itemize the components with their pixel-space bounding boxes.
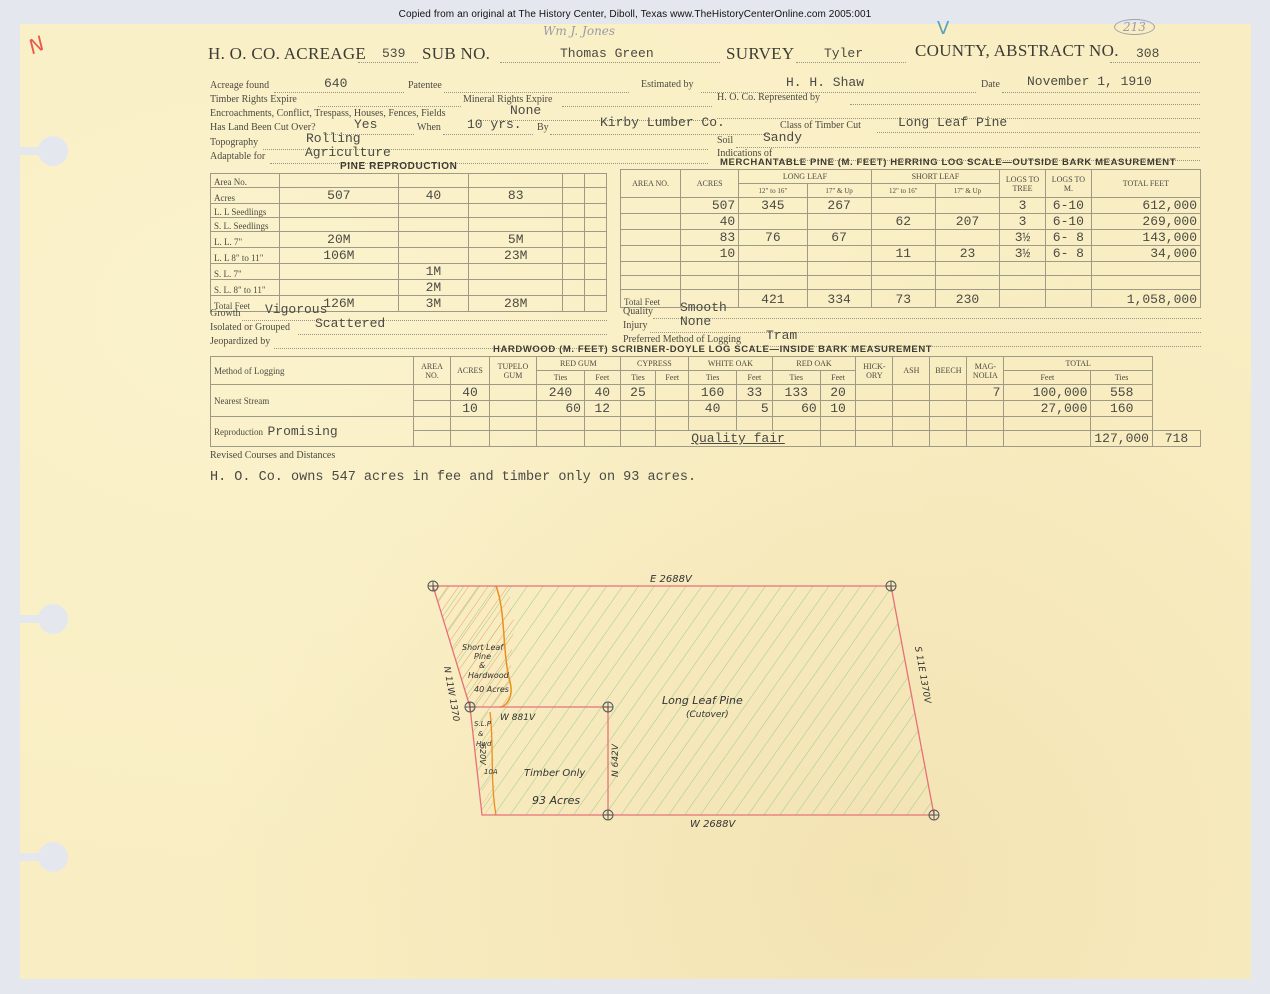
county-abstract-label: COUNTY, ABSTRACT NO. (915, 41, 1119, 61)
pine-reproduction-title: PINE REPRODUCTION (340, 161, 457, 172)
sub-no-value: Thomas Green (560, 46, 654, 61)
encroachments-value: None (510, 103, 541, 118)
svg-text:10A: 10A (484, 768, 498, 776)
estimated-by-value: H. H. Shaw (786, 75, 864, 90)
timber-only-label: Timber Only (524, 768, 586, 779)
when-label: When (417, 122, 441, 133)
topography-label: Topography (210, 137, 258, 148)
merchantable-pine-table: AREA NO. ACRES LONG LEAF SHORT LEAF LOGS… (620, 169, 1201, 308)
survey-plat-map: E 2688V W 2688V W 881V S 11E 1370V N 642… (410, 572, 950, 832)
svg-text:Short Leaf: Short Leaf (462, 643, 504, 652)
acreage-label: H. O. CO. ACREAGE (208, 44, 366, 64)
reproduction-value: Promising (268, 424, 338, 439)
inner-right-course-label: N 642V (611, 743, 621, 777)
svg-text:40 Acres: 40 Acres (474, 685, 509, 694)
svg-text:&: & (478, 730, 484, 738)
right-course-label: S 11E 1370V (912, 646, 932, 705)
abstract-no-value: 308 (1136, 46, 1159, 61)
left-course-label: N 11W 1370 (441, 666, 461, 723)
cutover-label: (Cutover) (686, 710, 729, 720)
long-leaf-pine-label: Long Leaf Pine (662, 694, 743, 707)
table-row: L. L 8" to 11"106M23M (211, 248, 607, 264)
estimated-by-label: Estimated by (641, 79, 694, 90)
cut-over-value: Yes (354, 117, 377, 132)
acreage-value: 539 (382, 46, 405, 61)
table-row: S. L. 8" to 11"2M (211, 280, 607, 296)
bottom-course-label: W 2688V (690, 819, 737, 830)
table-row: Acres5074083 (211, 188, 607, 204)
inner-top-course-label: W 881V (500, 713, 536, 723)
growth-value: Vigorous (265, 302, 327, 317)
patentee-label: Patentee (408, 80, 442, 91)
table-row: L. L. 7"20M5M (211, 232, 607, 248)
date-value: November 1, 1910 (1027, 74, 1152, 89)
topography-value: Rolling (306, 131, 361, 146)
table-row: Reproduction Promising (211, 417, 1201, 431)
hardwood-title: HARDWOOD (M. FEET) SCRIBNER-DOYLE LOG SC… (493, 344, 932, 355)
injury-value: None (680, 314, 711, 329)
represented-by-label: H. O. Co. Represented by (717, 92, 820, 103)
cut-over-label: Has Land Been Cut Over? (210, 122, 316, 133)
quality-note: Quality fair (656, 431, 820, 447)
archive-watermark: Copied from an original at The History C… (0, 9, 1270, 20)
svg-text:Hardwood: Hardwood (468, 671, 510, 680)
survey-label: SURVEY (726, 44, 794, 64)
binder-hole (38, 604, 68, 634)
hardwood-table: Method of Logging AREA NO. ACRES TUPELO … (210, 356, 1201, 447)
cut-by-value: Kirby Lumber Co. (600, 115, 725, 130)
revised-courses-label: Revised Courses and Distances (210, 450, 335, 461)
encroachments-label: Encroachments, Conflict, Trespass, House… (210, 108, 446, 119)
sub-no-label: SUB NO. (422, 44, 490, 64)
acreage-found-value: 640 (324, 76, 347, 91)
logging-method-value: Tram (766, 328, 797, 343)
top-course-label: E 2688V (650, 574, 693, 585)
table-row: 1011233½6- 834,000 (621, 246, 1201, 262)
table-row (621, 276, 1201, 290)
check-tick-icon: V (937, 18, 949, 39)
table-row: Area No. (211, 174, 607, 188)
pencil-signature: Wm J. Jones (543, 24, 615, 38)
jeopardized-label: Jeopardized by (210, 336, 270, 347)
when-value: 10 yrs. (467, 117, 522, 132)
soil-value: Sandy (763, 130, 802, 145)
binder-hole (38, 136, 68, 166)
merchantable-pine-title: MERCHANTABLE PINE (M. FEET) HERRING LOG … (720, 157, 1176, 168)
table-row: S. L. 7"1M (211, 264, 607, 280)
table-row (621, 262, 1201, 276)
adaptable-value: Agriculture (305, 145, 391, 160)
growth-label: Growth (210, 308, 241, 319)
revised-note: H. O. Co. owns 547 acres in fee and timb… (210, 470, 696, 485)
acreage-found-label: Acreage found (210, 80, 269, 91)
class-of-timber-value: Long Leaf Pine (898, 115, 1007, 130)
svg-text:Hwd: Hwd (476, 740, 492, 748)
pine-reproduction-table: Area No. Acres5074083 L. L Seedlings S. … (210, 173, 607, 312)
quality-label: Quality (623, 306, 653, 317)
isolated-label: Isolated or Grouped (210, 322, 290, 333)
svg-text:S.L.P: S.L.P (474, 720, 492, 728)
circled-number: 213 (1114, 19, 1155, 35)
table-row: 8376673½6- 8143,000 (621, 230, 1201, 246)
svg-text:Pine: Pine (474, 652, 491, 661)
timber-rights-label: Timber Rights Expire (210, 94, 297, 105)
county-value: Tyler (824, 46, 863, 61)
table-row: 406220736-10269,000 (621, 214, 1201, 230)
quality-value: Smooth (680, 300, 727, 315)
adaptable-label: Adaptable for (210, 151, 265, 162)
table-row: L. L Seedlings (211, 204, 607, 218)
table-row: Nearest Stream 40 24040 25 16033 13320 7… (211, 385, 1201, 401)
table-row: 50734526736-10612,000 (621, 198, 1201, 214)
by-label: By (537, 122, 549, 133)
isolated-value: Scattered (315, 316, 385, 331)
red-pencil-mark: N (25, 31, 49, 59)
table-row: S. L. Seedlings (211, 218, 607, 232)
date-label: Date (981, 79, 1000, 90)
svg-text:&: & (479, 661, 485, 670)
binder-hole (38, 842, 68, 872)
injury-label: Injury (623, 320, 647, 331)
soil-label: Soil (717, 135, 733, 146)
timber-record-card: N Wm J. Jones 213 V H. O. CO. ACREAGE 53… (20, 24, 1251, 979)
timber-acres-label: 93 Acres (532, 794, 580, 807)
